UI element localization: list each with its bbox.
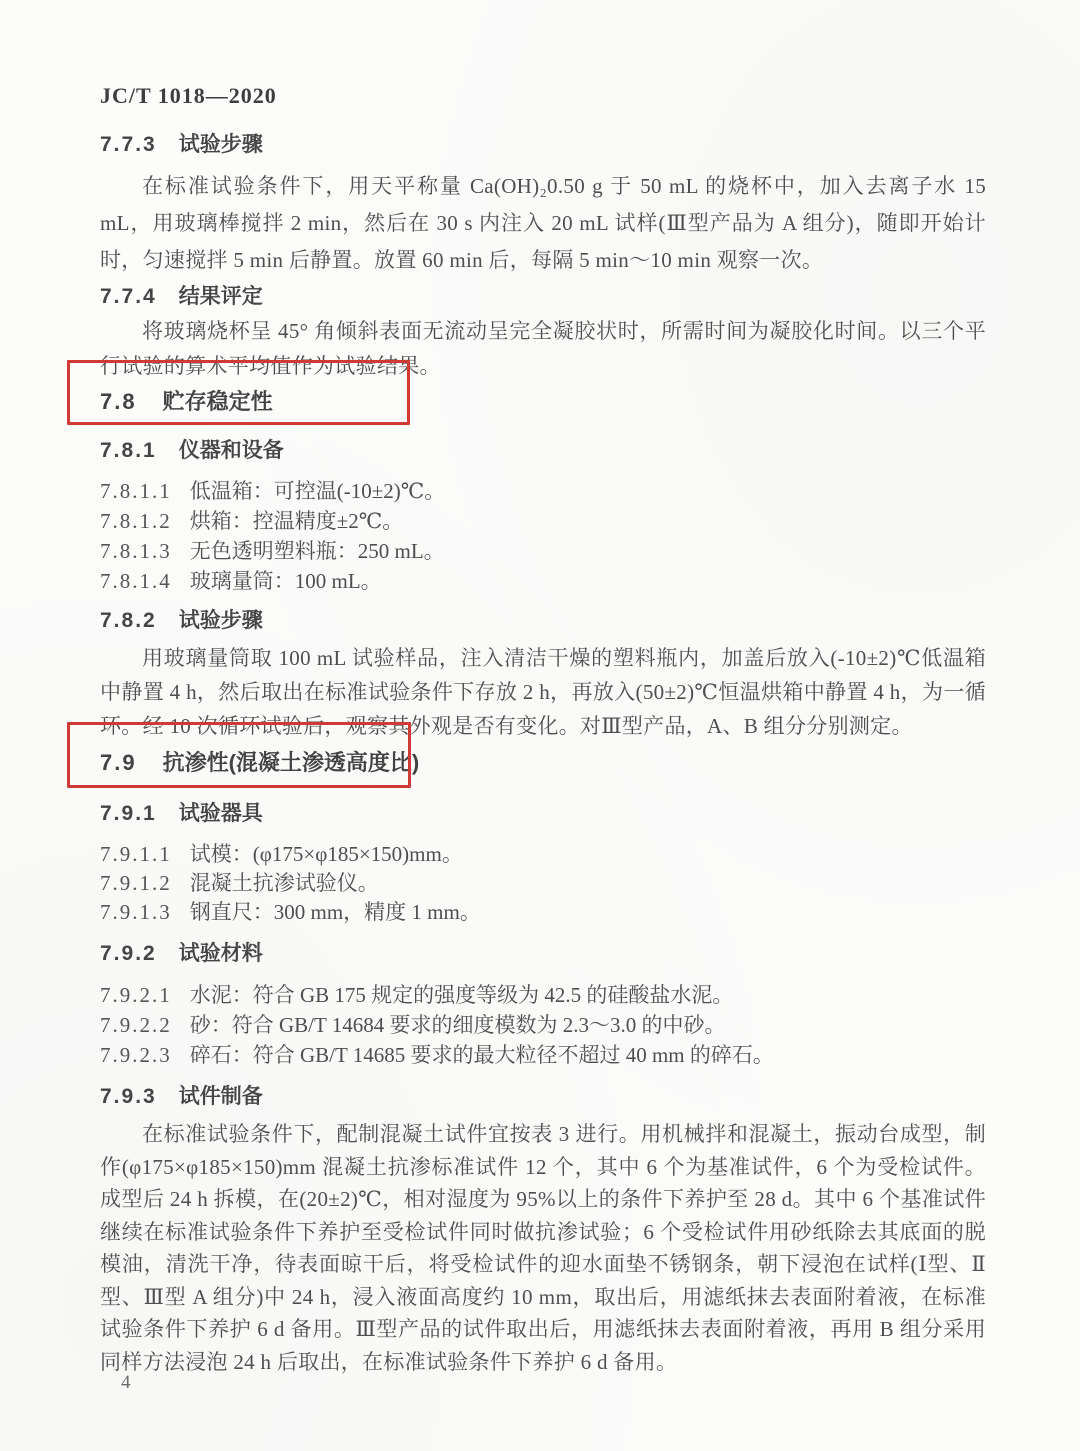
section-title: 贮存稳定性 <box>163 389 273 414</box>
item-number: 7.8.1.1 <box>100 479 172 503</box>
list-item-7-8-1-4: 7.8.1.4玻璃量筒：100 mL。 <box>100 565 382 595</box>
list-item-7-9-2-2: 7.9.2.2砂：符合 GB/T 14684 要求的细度模数为 2.3～3.0 … <box>100 1009 725 1039</box>
standard-number: JC/T 1018—2020 <box>100 83 277 109</box>
item-text: 无色透明塑料瓶：250 mL。 <box>190 539 445 563</box>
item-number: 7.9.1.1 <box>100 842 172 866</box>
item-number: 7.8.1.4 <box>100 569 172 593</box>
item-number: 7.9.2.2 <box>100 1013 172 1037</box>
item-text: 玻璃量筒：100 mL。 <box>190 569 382 593</box>
item-number: 7.9.1.3 <box>100 900 172 924</box>
item-text: 钢直尺：300 mm，精度 1 mm。 <box>190 900 481 924</box>
section-heading-7-8-wrap: 7.8贮存稳定性 <box>100 385 273 416</box>
section-number: 7.9 <box>100 750 137 775</box>
section-number: 7.9.3 <box>100 1085 157 1108</box>
item-text: 水泥：符合 GB 175 规定的强度等级为 42.5 的硅酸盐水泥。 <box>190 983 734 1007</box>
section-title: 抗渗性(混凝土渗透高度比) <box>163 750 420 775</box>
list-item-7-8-1-1: 7.8.1.1低温箱：可控温(-10±2)℃。 <box>100 475 445 505</box>
section-heading-7-9-1: 7.9.1试验器具 <box>100 797 263 827</box>
list-item-7-9-1-1: 7.9.1.1试模：(φ175×φ185×150)mm。 <box>100 838 463 868</box>
paragraph-7-8-2: 用玻璃量筒取 100 mL 试验样品，注入清洁干燥的塑料瓶内，加盖后放入(-10… <box>100 641 986 743</box>
list-item-7-8-1-3: 7.8.1.3无色透明塑料瓶：250 mL。 <box>100 535 445 565</box>
section-number: 7.9.1 <box>100 802 157 825</box>
paragraph-7-7-3: 在标准试验条件下，用天平称量 Ca(OH)₂0.50 g 于 50 mL 的烧杯… <box>100 168 986 279</box>
list-item-7-9-1-2: 7.9.1.2混凝土抗渗试验仪。 <box>100 867 379 897</box>
section-heading-7-8-2: 7.8.2试验步骤 <box>100 604 263 634</box>
item-number: 7.9.1.2 <box>100 871 172 895</box>
section-heading-7-9-3: 7.9.3试件制备 <box>100 1080 263 1110</box>
scanned-standard-page: JC/T 1018—2020 7.7.3试验步骤 在标准试验条件下，用天平称量 … <box>0 0 1080 1451</box>
section-heading-7-7-4: 7.7.4结果评定 <box>100 280 263 310</box>
item-text: 砂：符合 GB/T 14684 要求的细度模数为 2.3～3.0 的中砂。 <box>190 1013 726 1037</box>
section-number: 7.8.2 <box>100 609 157 632</box>
item-number: 7.9.2.3 <box>100 1043 172 1067</box>
list-item-7-9-2-1: 7.9.2.1水泥：符合 GB 175 规定的强度等级为 42.5 的硅酸盐水泥… <box>100 979 733 1009</box>
section-number: 7.8.1 <box>100 439 157 462</box>
section-title: 结果评定 <box>179 285 263 308</box>
list-item-7-8-1-2: 7.8.1.2烘箱：控温精度±2℃。 <box>100 505 403 535</box>
section-number: 7.7.4 <box>100 285 157 308</box>
paragraph-7-7-4: 将玻璃烧杯呈 45° 角倾斜表面无流动呈完全凝胶状时，所需时间为凝胶化时间。以三… <box>100 314 986 384</box>
section-heading-7-7-3: 7.7.3试验步骤 <box>100 128 263 158</box>
section-number: 7.7.3 <box>100 133 157 156</box>
section-title: 试验材料 <box>179 942 263 965</box>
item-text: 低温箱：可控温(-10±2)℃。 <box>190 479 446 503</box>
item-number: 7.9.2.1 <box>100 983 172 1007</box>
item-text: 试模：(φ175×φ185×150)mm。 <box>190 842 463 866</box>
section-heading-7-9-2: 7.9.2试验材料 <box>100 937 263 967</box>
section-heading-7-9: 7.9抗渗性(混凝土渗透高度比) <box>100 746 419 777</box>
section-heading-7-8: 7.8贮存稳定性 <box>100 385 273 416</box>
section-title: 试验器具 <box>179 802 263 825</box>
section-title: 仪器和设备 <box>179 439 284 462</box>
paragraph-7-9-3: 在标准试验条件下，配制混凝土试件宜按表 3 进行。用机械拌和混凝土，振动台成型，… <box>100 1118 986 1378</box>
list-item-7-9-2-3: 7.9.2.3碎石：符合 GB/T 14685 要求的最大粒径不超过 40 mm… <box>100 1039 774 1069</box>
item-text: 混凝土抗渗试验仪。 <box>190 871 379 895</box>
section-heading-7-8-1: 7.8.1仪器和设备 <box>100 434 284 464</box>
section-number: 7.9.2 <box>100 942 157 965</box>
item-number: 7.8.1.2 <box>100 509 172 533</box>
item-text: 烘箱：控温精度±2℃。 <box>190 509 404 533</box>
section-title: 试验步骤 <box>179 609 263 632</box>
section-heading-7-9-wrap: 7.9抗渗性(混凝土渗透高度比) <box>100 746 419 777</box>
item-number: 7.8.1.3 <box>100 539 172 563</box>
list-item-7-9-1-3: 7.9.1.3钢直尺：300 mm，精度 1 mm。 <box>100 896 481 926</box>
page-number: 4 <box>121 1372 131 1394</box>
section-number: 7.8 <box>100 389 137 414</box>
section-title: 试件制备 <box>179 1085 263 1108</box>
section-title: 试验步骤 <box>179 133 263 156</box>
item-text: 碎石：符合 GB/T 14685 要求的最大粒径不超过 40 mm 的碎石。 <box>190 1043 774 1067</box>
